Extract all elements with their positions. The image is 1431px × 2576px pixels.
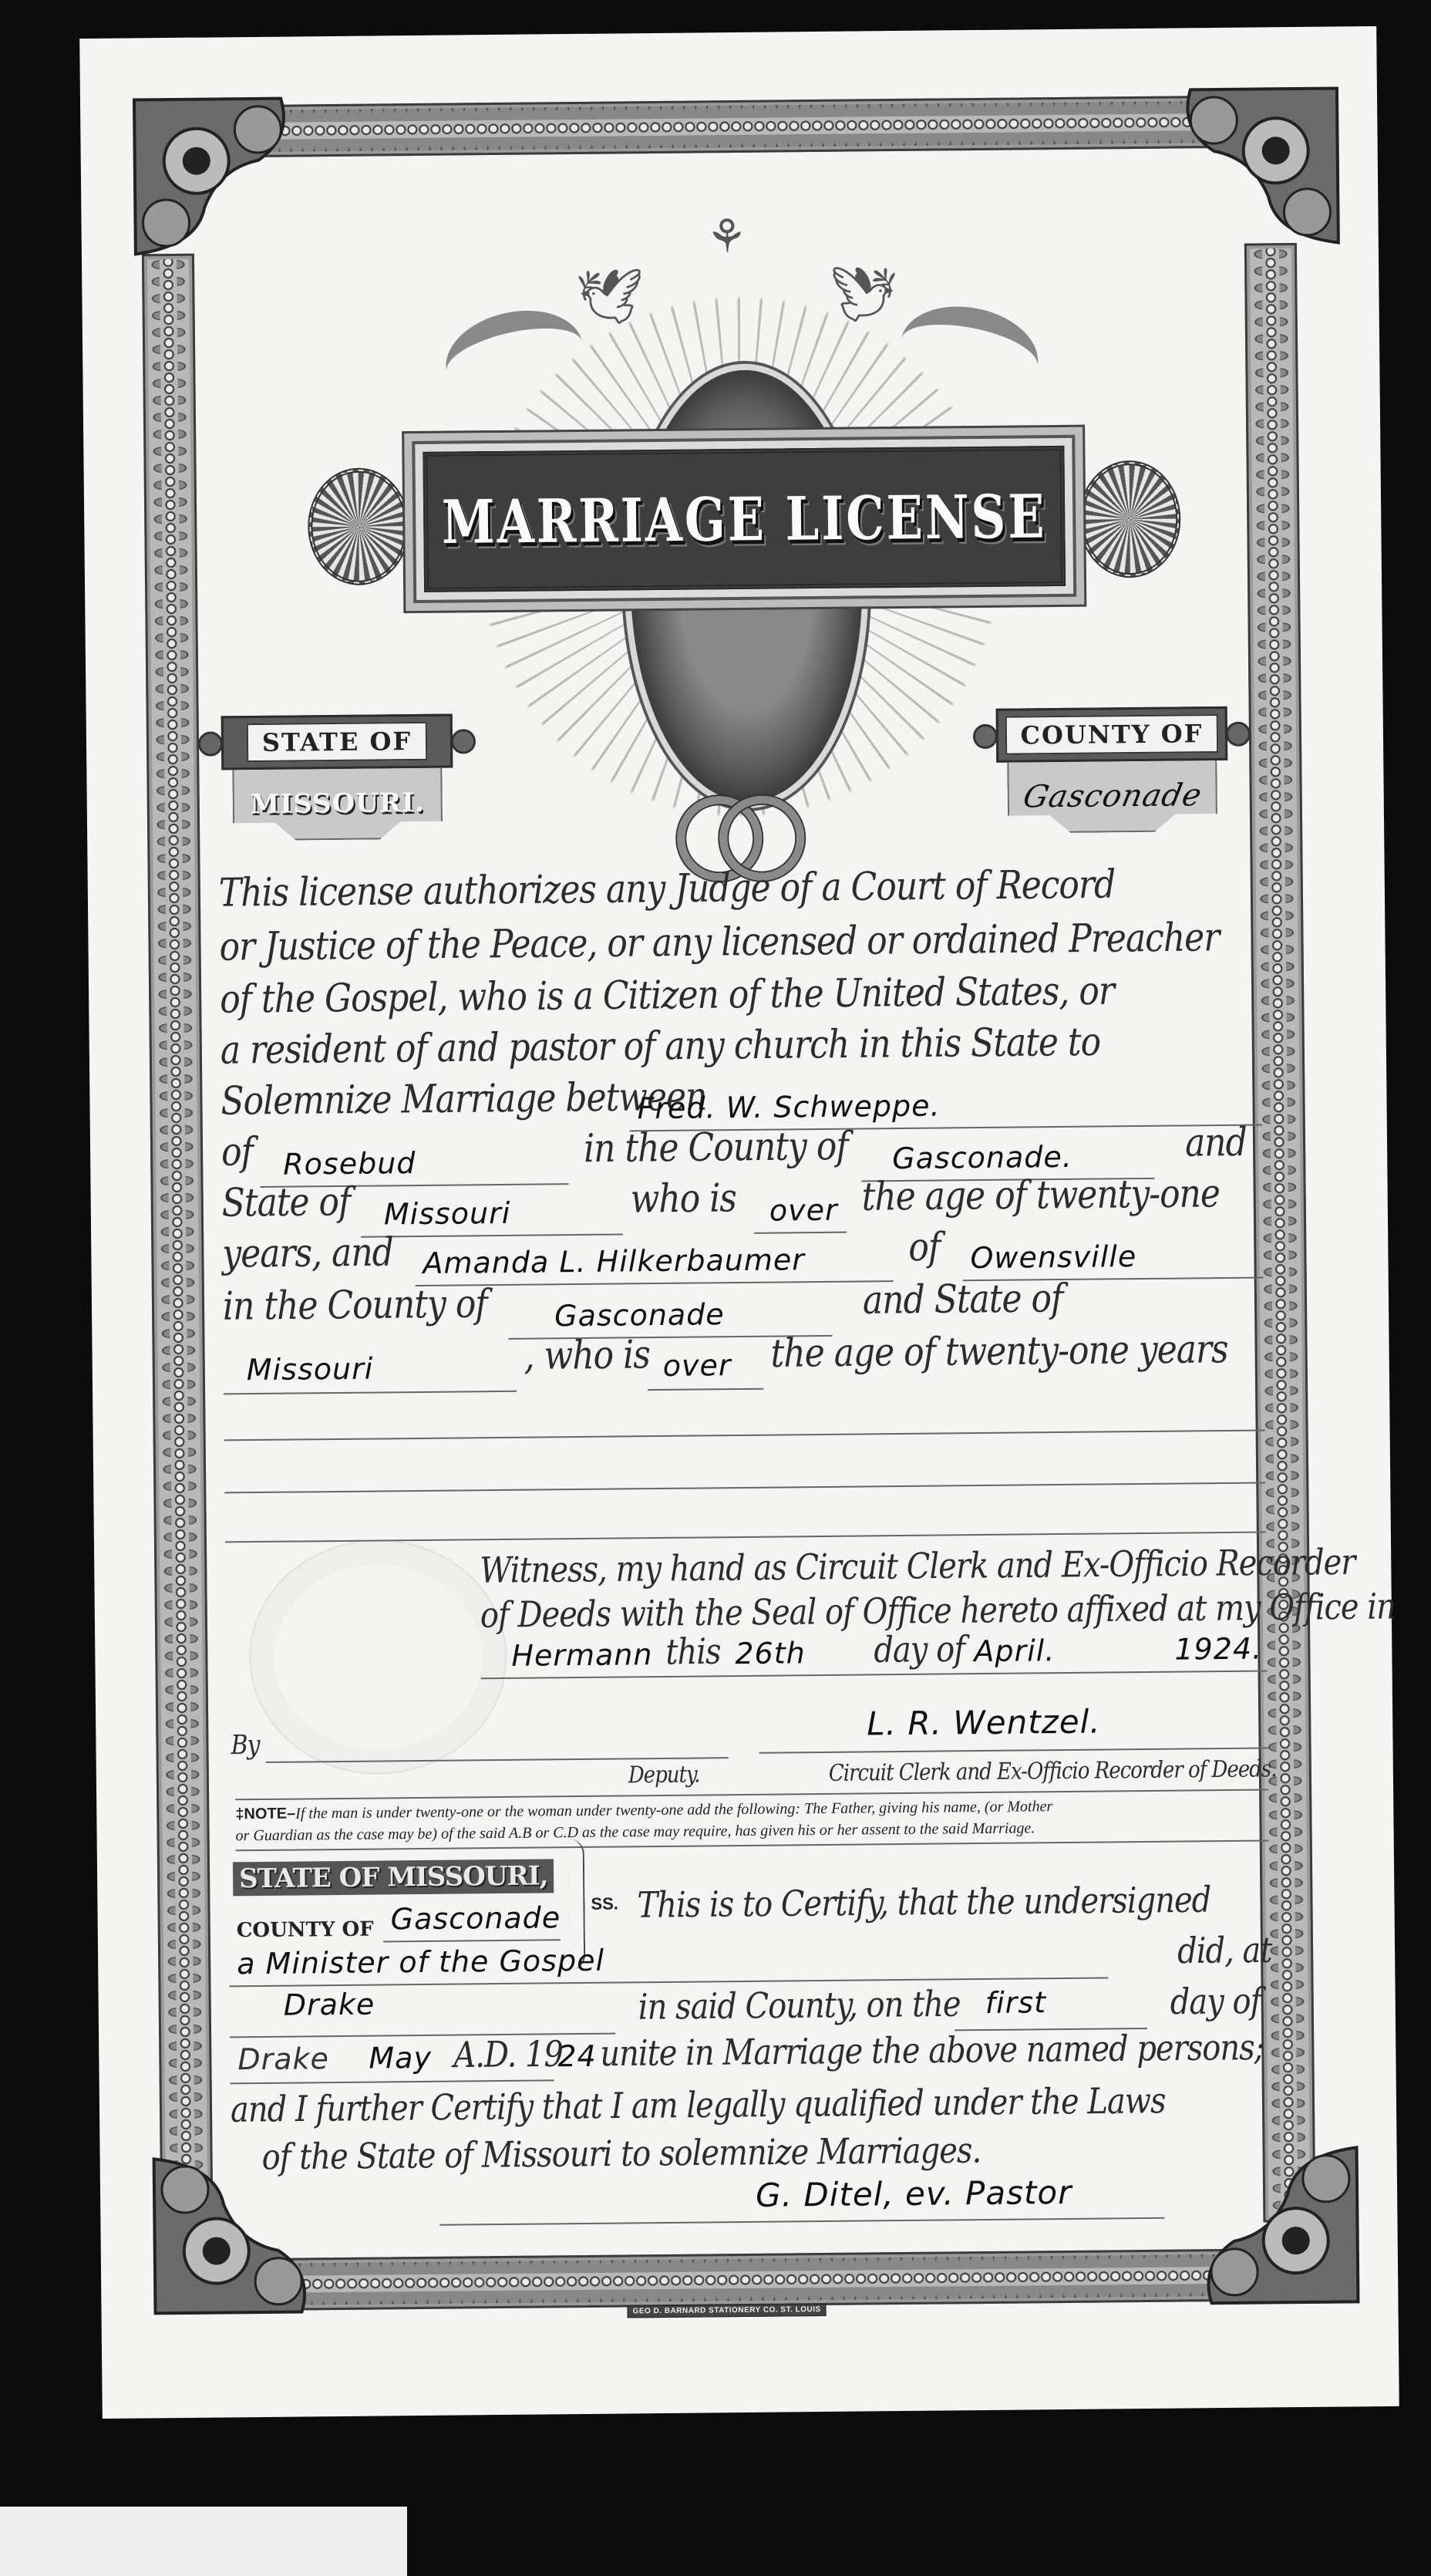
officiant-signature-line <box>439 2217 1164 2226</box>
of-label: of <box>221 1129 253 1175</box>
ss-label: SS. <box>591 1894 618 1914</box>
county-label: COUNTY OF <box>1005 714 1218 755</box>
groom-state: Missouri <box>384 1196 511 1232</box>
license-line-4: a resident of and pastor of any church i… <box>221 1020 1101 1074</box>
ad-label: A.D. 19 <box>453 2034 563 2075</box>
note-prefix: ‡NOTE– <box>235 1806 295 1823</box>
license-line-3: of the Gospel, who is a Citizen of the U… <box>220 969 1114 1023</box>
corner-ornament-icon <box>1194 2139 1365 2311</box>
certificate-county-value: Gasconade <box>390 1900 561 1936</box>
license-line-1: This license authorizes any Judge of a C… <box>219 862 1116 916</box>
knob-icon <box>973 724 998 749</box>
month-line <box>231 2079 554 2084</box>
bride-of-label: of <box>908 1225 940 1270</box>
clerk-signature-line <box>759 1747 1268 1753</box>
marriage-license-document: GEO D. BARNARD STATIONERY CO. ST. LOUIS … <box>79 26 1399 2419</box>
knob-icon <box>198 731 223 756</box>
rosette-left-icon <box>308 467 410 585</box>
certificate-intro: This is to Certify, that the undersigned <box>637 1880 1210 1926</box>
witness-place: Hermann <box>511 1637 652 1673</box>
county-plaque: COUNTY OF Gasconade <box>996 706 1228 824</box>
license-line-2: or Justice of the Peace, or any licensed… <box>219 915 1219 969</box>
in-county-label: in the County of <box>584 1124 848 1172</box>
border-bottom <box>263 2249 1240 2311</box>
and-state-label: and State of <box>863 1276 1063 1323</box>
further-line-1: and I further Certify that I am legally … <box>231 2081 1166 2131</box>
rosette-right-icon <box>1079 460 1181 578</box>
officiant-title: a Minister of the Gospel <box>237 1944 604 1981</box>
bride-age-qualifier: over <box>663 1348 732 1383</box>
title-plate: MARRIAGE LICENSE <box>423 446 1066 592</box>
by-label: By <box>231 1730 259 1762</box>
day-of-label: day of <box>1170 1981 1261 2023</box>
deputy-label: Deputy. <box>628 1762 700 1789</box>
groom-age-qualifier: over <box>769 1193 838 1228</box>
knob-icon <box>451 729 476 754</box>
certificate-state-heading: STATE OF MISSOURI, <box>233 1859 554 1896</box>
groom-name: Fred. W. Schweppe. <box>637 1088 940 1125</box>
bride-name: Amanda L. Hilkerbaumer <box>423 1242 805 1280</box>
knob-icon <box>1226 722 1251 747</box>
witness-year: 1924. <box>1174 1632 1262 1667</box>
scan-background-patch <box>0 2507 407 2576</box>
groom-county: Gasconade. <box>892 1140 1072 1175</box>
license-line-5: Solemnize Marriage between <box>221 1074 706 1124</box>
groom-state-line <box>361 1233 623 1237</box>
clerk-title: Circuit Clerk and Ex-Officio Recorder of… <box>829 1756 1277 1787</box>
this-label: this <box>665 1631 721 1673</box>
ceremony-month: May <box>369 2041 432 2075</box>
bride-who-is-label: , who is <box>524 1332 650 1378</box>
years-and-label: years, and <box>222 1230 393 1277</box>
in-said-county-label: in said County, on the <box>638 1984 961 2028</box>
bride-age-line <box>648 1388 763 1391</box>
state-value: MISSOURI. <box>250 787 425 820</box>
groom-age-line <box>754 1232 847 1234</box>
day-of-label: day of <box>874 1629 965 1671</box>
blank-line <box>224 1429 1265 1441</box>
note-text: ‡NOTE–If the man is under twenty-one or … <box>235 1793 1299 1846</box>
document-title: MARRIAGE LICENSE <box>442 481 1047 558</box>
ceremony-year: 24 <box>557 2039 597 2073</box>
certificate-county-label: COUNTY OF <box>237 1918 374 1943</box>
witness-line-1: Witness, my hand as Circuit Clerk and Ex… <box>480 1542 1355 1591</box>
header-ornament: 🕊 🕊 ⚘ MARRIAGE LICENSE STATE OF MISSOURI… <box>79 26 1384 887</box>
ceremony-day: first <box>985 1985 1047 2020</box>
dove-icon: 🕊 <box>575 265 645 329</box>
embossed-seal <box>248 1539 508 1775</box>
flower-urn-icon: ⚘ <box>705 210 747 265</box>
who-is-label: who is <box>630 1175 736 1222</box>
certificate-county-line <box>383 1939 561 1942</box>
note-line-1: If the man is under twenty-one or the wo… <box>295 1798 1052 1822</box>
note-line-2: or Guardian as the case may be) of the s… <box>235 1819 1035 1844</box>
state-plaque: STATE OF MISSOURI. <box>221 714 453 832</box>
bride-county: Gasconade <box>554 1297 725 1333</box>
officiant-signature: G. Ditel, ev. Pastor <box>756 2173 1072 2214</box>
bride-state-line <box>224 1391 517 1395</box>
state-of-label: State of <box>221 1179 350 1226</box>
witness-day: 26th <box>735 1636 806 1671</box>
ceremony-place: Drake <box>284 1988 375 2022</box>
age-suffix: the age of twenty-one <box>861 1171 1220 1219</box>
state-label: STATE OF <box>247 722 428 762</box>
blank-line <box>224 1482 1265 1493</box>
bride-age-suffix: the age of twenty-one years <box>770 1327 1227 1376</box>
further-line-2: of the State of Missouri to solemnize Ma… <box>261 2130 981 2178</box>
bride-in-county-label: in the County of <box>223 1281 487 1329</box>
bride-residence: Owensville <box>970 1239 1136 1275</box>
groom-residence: Rosebud <box>283 1146 416 1182</box>
unite-label: unite in Marriage the above named person… <box>600 2028 1264 2075</box>
dove-icon: 🕊 <box>830 262 899 327</box>
printer-imprint: GEO D. BARNARD STATIONERY CO. ST. LOUIS <box>627 2304 826 2318</box>
county-value: Gasconade <box>1020 777 1205 814</box>
month-correction: Drake <box>237 2042 329 2076</box>
did-at-label: did, at <box>1177 1930 1272 1972</box>
witness-month: April. <box>974 1634 1055 1668</box>
clerk-signature: L. R. Wentzel. <box>867 1703 1101 1743</box>
and-label: and <box>1185 1120 1247 1165</box>
bride-state: Missouri <box>247 1352 374 1387</box>
